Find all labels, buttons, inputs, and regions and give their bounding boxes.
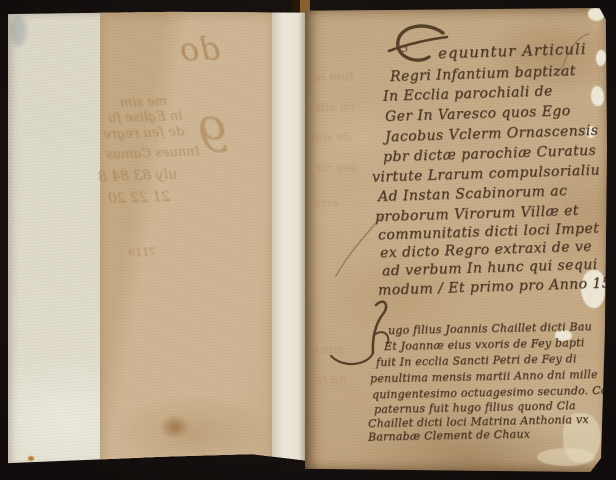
bleedthrough-line: do <box>179 29 220 68</box>
bleedthrough-line: in Eglise fu <box>108 109 183 127</box>
left-page-tan-strip <box>100 10 272 465</box>
manuscript-line: Et Joannæ eius vxoris de Fey bapti <box>384 336 585 353</box>
left-page: do 9 me sim in Eglise fu de feu regre In… <box>8 10 305 465</box>
pen-squiggle <box>555 30 597 78</box>
bleedthrough-line: im alis <box>315 99 355 114</box>
bleedthrough-line: uly 83 84 8 <box>98 167 178 186</box>
bleedthrough-line: 7119 <box>128 246 156 260</box>
bleedthrough-line: de feu regre <box>103 125 185 143</box>
blue-smudge-stain <box>10 14 26 46</box>
damage-patch <box>596 50 606 66</box>
manuscript-line: penultima mensis martii Anno dni mille <box>370 368 598 385</box>
bleedthrough-line: ges nu <box>317 159 358 174</box>
bleedthrough-line: tum re <box>313 69 354 84</box>
orange-ink-dot <box>28 456 34 461</box>
bleedthrough-line: 21 22 20 <box>108 189 171 207</box>
bleedthrough-line: de sim <box>311 129 351 144</box>
manuscript-line: Jacobus Vclerm Ornascensis <box>385 123 599 146</box>
bleedthrough-line: 9 <box>197 107 229 164</box>
manuscript-line: Ger In Varesco quos Ego <box>385 103 571 125</box>
manuscript-line: Ad Instan Scabinorum ac <box>378 183 568 205</box>
bleedthrough-line: ertu <box>313 196 339 211</box>
fore-edge-strip <box>272 10 305 465</box>
right-page: tum re im alis de sim ges nu ertu sim e … <box>305 8 607 472</box>
margin-flourish <box>332 210 387 282</box>
manuscript-line: fuit In ecclia Sancti Petri de Fey di <box>376 352 577 369</box>
manuscript-line: pbr dictæ parochiæ Curatus <box>383 143 597 166</box>
damage-patch <box>591 86 604 106</box>
bleedthrough-line: me sim <box>120 94 168 111</box>
initial-s-mark: 3 <box>402 44 408 55</box>
manuscript-line: modum / Et primo pro Anno 15 <box>378 275 612 298</box>
manuscript-line: Barnabæ Clement de Chaux <box>368 427 530 443</box>
manuscript-line: In Ecclia parochiali de <box>383 83 553 104</box>
damage-patch <box>537 448 595 466</box>
